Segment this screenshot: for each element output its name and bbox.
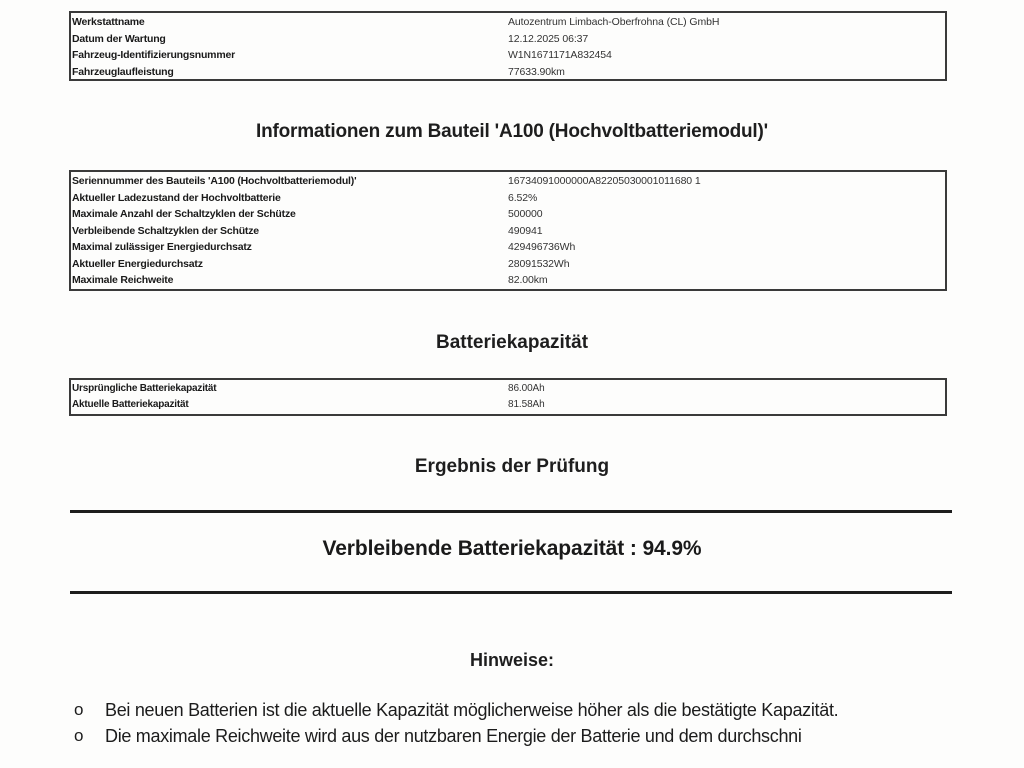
capacity-row: Ursprüngliche Batteriekapazität 86.00Ah bbox=[71, 381, 945, 397]
component-row: Aktueller Energiedurchsatz 28091532Wh bbox=[71, 256, 945, 273]
note-text: Die maximale Reichweite wird aus der nut… bbox=[105, 726, 802, 746]
notes-list: o Bei neuen Batterien ist die aktuelle K… bbox=[74, 697, 974, 749]
component-row: Verbleibende Schaltzyklen der Schütze 49… bbox=[71, 223, 945, 240]
note-text: Bei neuen Batterien ist die aktuelle Kap… bbox=[105, 700, 838, 720]
row-label: Maximale Anzahl der Schaltzyklen der Sch… bbox=[71, 206, 508, 223]
divider-line bbox=[70, 510, 952, 513]
component-row: Aktueller Ladezustand der Hochvoltbatter… bbox=[71, 190, 945, 207]
row-label: Fahrzeug-Identifizierungsnummer bbox=[71, 47, 508, 64]
workshop-name-value: Autozentrum Limbach-Oberfrohna (CL) GmbH bbox=[508, 14, 945, 31]
component-row: Seriennummer des Bauteils 'A100 (Hochvol… bbox=[71, 173, 945, 190]
divider-line bbox=[70, 591, 952, 594]
current-capacity-value: 81.58Ah bbox=[508, 397, 945, 413]
workshop-row-date: Datum der Wartung 12.12.2025 06:37 bbox=[71, 31, 945, 48]
component-row: Maximal zulässiger Energiedurchsatz 4294… bbox=[71, 239, 945, 256]
battery-test-report: Werkstattname Autozentrum Limbach-Oberfr… bbox=[0, 0, 1024, 768]
component-section-title: Informationen zum Bauteil 'A100 (Hochvol… bbox=[0, 121, 1024, 143]
row-label: Aktueller Energiedurchsatz bbox=[71, 256, 508, 273]
workshop-row-vin: Fahrzeug-Identifizierungsnummer W1N16711… bbox=[71, 47, 945, 64]
row-label: Maximale Reichweite bbox=[71, 272, 508, 289]
bullet-icon: o bbox=[74, 697, 83, 723]
serial-number-value: 16734091000000A82205030001011680 1 bbox=[508, 173, 945, 190]
component-info-table: Seriennummer des Bauteils 'A100 (Hochvol… bbox=[69, 170, 947, 291]
component-row: Maximale Anzahl der Schaltzyklen der Sch… bbox=[71, 206, 945, 223]
note-item: o Die maximale Reichweite wird aus der n… bbox=[74, 723, 974, 749]
note-item: o Bei neuen Batterien ist die aktuelle K… bbox=[74, 697, 974, 723]
component-row: Maximale Reichweite 82.00km bbox=[71, 272, 945, 289]
original-capacity-value: 86.00Ah bbox=[508, 381, 945, 397]
notes-section-title: Hinweise: bbox=[0, 650, 1024, 671]
workshop-info-table: Werkstattname Autozentrum Limbach-Oberfr… bbox=[69, 11, 947, 81]
max-range-value: 82.00km bbox=[508, 272, 945, 289]
row-label: Seriennummer des Bauteils 'A100 (Hochvol… bbox=[71, 173, 508, 190]
row-label: Aktuelle Batteriekapazität bbox=[71, 397, 508, 413]
mileage-value: 77633.90km bbox=[508, 64, 945, 81]
remaining-capacity-result: Verbleibende Batteriekapazität : 94.9% bbox=[0, 537, 1024, 561]
current-energy-throughput-value: 28091532Wh bbox=[508, 256, 945, 273]
max-switch-cycles-value: 500000 bbox=[508, 206, 945, 223]
row-label: Ursprüngliche Batteriekapazität bbox=[71, 381, 508, 397]
vin-value: W1N1671171A832454 bbox=[508, 47, 945, 64]
row-label: Maximal zulässiger Energiedurchsatz bbox=[71, 239, 508, 256]
capacity-row: Aktuelle Batteriekapazität 81.58Ah bbox=[71, 397, 945, 413]
bullet-icon: o bbox=[74, 723, 83, 749]
row-label: Verbleibende Schaltzyklen der Schütze bbox=[71, 223, 508, 240]
result-section-title: Ergebnis der Prüfung bbox=[0, 456, 1024, 478]
workshop-row-name: Werkstattname Autozentrum Limbach-Oberfr… bbox=[71, 14, 945, 31]
state-of-charge-value: 6.52% bbox=[508, 190, 945, 207]
remaining-switch-cycles-value: 490941 bbox=[508, 223, 945, 240]
row-label: Datum der Wartung bbox=[71, 31, 508, 48]
row-label: Werkstattname bbox=[71, 14, 508, 31]
maintenance-date-value: 12.12.2025 06:37 bbox=[508, 31, 945, 48]
row-label: Fahrzeuglaufleistung bbox=[71, 64, 508, 81]
capacity-info-table: Ursprüngliche Batteriekapazität 86.00Ah … bbox=[69, 378, 947, 416]
max-energy-throughput-value: 429496736Wh bbox=[508, 239, 945, 256]
workshop-row-mileage: Fahrzeuglaufleistung 77633.90km bbox=[71, 64, 945, 81]
capacity-section-title: Batteriekapazität bbox=[0, 332, 1024, 354]
row-label: Aktueller Ladezustand der Hochvoltbatter… bbox=[71, 190, 508, 207]
